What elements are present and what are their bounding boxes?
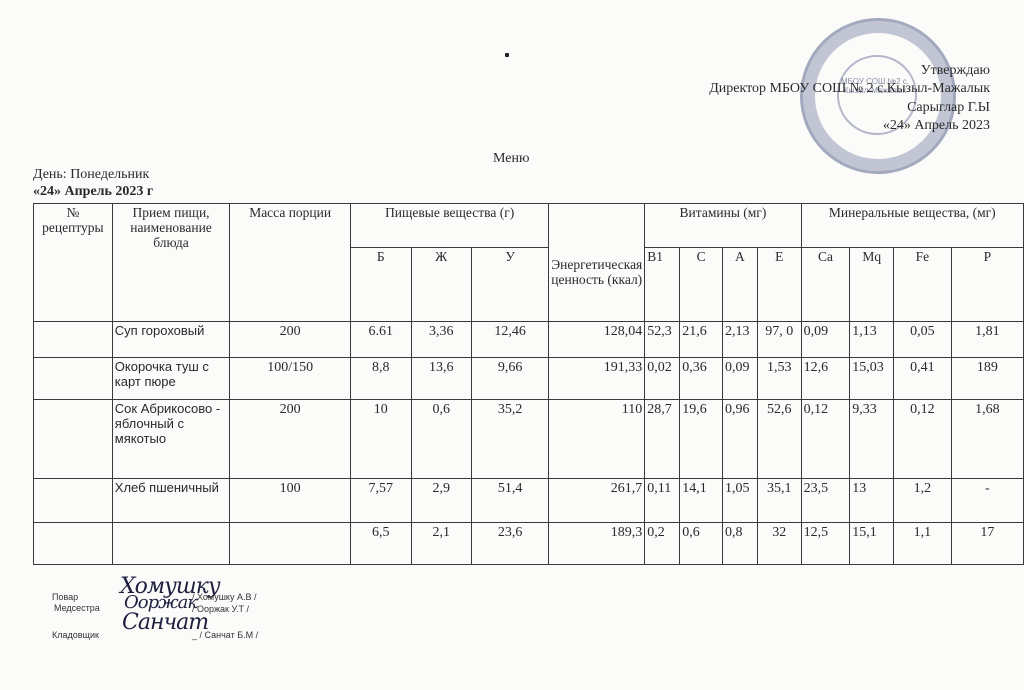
cell-b1: 0,2 bbox=[645, 523, 680, 565]
cell-zh: 13,6 bbox=[411, 358, 471, 400]
cell-e: 1,53 bbox=[757, 358, 801, 400]
menu-table-body: Суп гороховый2006.613,3612,46128,0452,32… bbox=[34, 322, 1024, 565]
cell-portion: 100/150 bbox=[230, 358, 351, 400]
page-title: Меню bbox=[493, 151, 529, 167]
cell-u: 9,66 bbox=[471, 358, 548, 400]
cell-c: 21,6 bbox=[680, 322, 723, 358]
cell-c: 0,6 bbox=[680, 523, 723, 565]
menu-table: № рецептуры Прием пищи, наименование блю… bbox=[33, 203, 1024, 565]
cell-mq: 1,13 bbox=[850, 322, 894, 358]
table-row: Хлеб пшеничный1007,572,951,4261,70,1114,… bbox=[34, 479, 1024, 523]
date-label: «24» Апрель 2023 г bbox=[33, 184, 153, 200]
cell-b: 7,57 bbox=[351, 479, 411, 523]
cell-zh: 2,1 bbox=[411, 523, 471, 565]
cell-u: 51,4 bbox=[471, 479, 548, 523]
cell-p: 1,68 bbox=[951, 400, 1023, 479]
cell-fe: 1,1 bbox=[894, 523, 952, 565]
cell-e: 52,6 bbox=[757, 400, 801, 479]
cell-p: 189 bbox=[951, 358, 1023, 400]
cell-recipe-no bbox=[34, 400, 113, 479]
header-e: E bbox=[757, 248, 801, 322]
header-portion: Масса порции bbox=[230, 204, 351, 322]
cell-recipe-no bbox=[34, 523, 113, 565]
cell-a: 0,09 bbox=[722, 358, 757, 400]
cell-b1: 52,3 bbox=[645, 322, 680, 358]
cell-portion: 100 bbox=[230, 479, 351, 523]
cell-portion: 200 bbox=[230, 322, 351, 358]
signature-role-storekeeper: Кладовщик bbox=[52, 630, 99, 640]
cell-portion bbox=[230, 523, 351, 565]
approval-line-director: Директор МБОУ СОШ № 2 с.Кызыл-Мажалык bbox=[709, 80, 990, 97]
header-mq: Mq bbox=[850, 248, 894, 322]
signatures-block: Повар Хомушку / Хомушку А.В / Медсестра … bbox=[52, 580, 352, 650]
cell-recipe-no bbox=[34, 358, 113, 400]
cell-dish-name bbox=[112, 523, 229, 565]
cell-u: 12,46 bbox=[471, 322, 548, 358]
cell-dish-name: Суп гороховый bbox=[112, 322, 229, 358]
cell-c: 19,6 bbox=[680, 400, 723, 479]
cell-b: 10 bbox=[351, 400, 411, 479]
header-a: A bbox=[722, 248, 757, 322]
cell-e: 32 bbox=[757, 523, 801, 565]
header-recipe-no: № рецептуры bbox=[34, 204, 113, 322]
cell-ca: 0,12 bbox=[801, 400, 850, 479]
cell-c: 14,1 bbox=[680, 479, 723, 523]
cell-portion: 200 bbox=[230, 400, 351, 479]
stray-dot bbox=[505, 53, 509, 57]
approval-block: Утверждаю Директор МБОУ СОШ № 2 с.Кызыл-… bbox=[570, 0, 990, 140]
cell-p: - bbox=[951, 479, 1023, 523]
header-b: Б bbox=[351, 248, 411, 322]
header-dish-name: Прием пищи, наименование блюда bbox=[112, 204, 229, 322]
cell-b: 6.61 bbox=[351, 322, 411, 358]
header-energy: Энергетическая ценность (ккал) bbox=[549, 204, 645, 322]
header-ca: Ca bbox=[801, 248, 850, 322]
cell-b: 6,5 bbox=[351, 523, 411, 565]
header-nutrients-group: Пищевые вещества (г) bbox=[351, 204, 549, 248]
cell-energy: 110 bbox=[549, 400, 645, 479]
cell-zh: 3,36 bbox=[411, 322, 471, 358]
header-vitamins-group: Витамины (мг) bbox=[645, 204, 801, 248]
cell-mq: 15,1 bbox=[850, 523, 894, 565]
cell-mq: 9,33 bbox=[850, 400, 894, 479]
cell-ca: 23,5 bbox=[801, 479, 850, 523]
cell-b1: 0,11 bbox=[645, 479, 680, 523]
cell-a: 1,05 bbox=[722, 479, 757, 523]
cell-fe: 1,2 bbox=[894, 479, 952, 523]
cell-ca: 12,6 bbox=[801, 358, 850, 400]
cell-zh: 0,6 bbox=[411, 400, 471, 479]
cell-ca: 12,5 bbox=[801, 523, 850, 565]
cell-p: 1,81 bbox=[951, 322, 1023, 358]
cell-recipe-no bbox=[34, 322, 113, 358]
cell-b1: 28,7 bbox=[645, 400, 680, 479]
header-u: У bbox=[471, 248, 548, 322]
approval-line-date: «24» Апрель 2023 bbox=[883, 117, 990, 134]
cell-recipe-no bbox=[34, 479, 113, 523]
cell-zh: 2,9 bbox=[411, 479, 471, 523]
header-b1: B1 bbox=[645, 248, 680, 322]
signature-name-cook: / Хомушку А.В / bbox=[192, 592, 256, 602]
table-row: Суп гороховый2006.613,3612,46128,0452,32… bbox=[34, 322, 1024, 358]
header-zh: Ж bbox=[411, 248, 471, 322]
table-row: 6,52,123,6189,30,20,60,83212,515,11,117 bbox=[34, 523, 1024, 565]
cell-energy: 128,04 bbox=[549, 322, 645, 358]
approval-line-name: Сарыглар Г.Ы bbox=[907, 99, 990, 116]
cell-ca: 0,09 bbox=[801, 322, 850, 358]
cell-e: 97, 0 bbox=[757, 322, 801, 358]
cell-p: 17 bbox=[951, 523, 1023, 565]
cell-fe: 0,05 bbox=[894, 322, 952, 358]
cell-energy: 189,3 bbox=[549, 523, 645, 565]
cell-dish-name: Сок Абрикосово - яблочный с мякотыо bbox=[112, 400, 229, 479]
cell-b: 8,8 bbox=[351, 358, 411, 400]
cell-energy: 261,7 bbox=[549, 479, 645, 523]
signature-name-storekeeper: _ / Санчат Б.М / bbox=[192, 630, 258, 640]
cell-a: 2,13 bbox=[722, 322, 757, 358]
header-fe: Fe bbox=[894, 248, 952, 322]
cell-a: 0,96 bbox=[722, 400, 757, 479]
cell-mq: 15,03 bbox=[850, 358, 894, 400]
table-row: Окорочка туш с карт пюре100/1508,813,69,… bbox=[34, 358, 1024, 400]
cell-u: 23,6 bbox=[471, 523, 548, 565]
table-row: Сок Абрикосово - яблочный с мякотыо20010… bbox=[34, 400, 1024, 479]
header-minerals-group: Минеральные вещества, (мг) bbox=[801, 204, 1023, 248]
cell-e: 35,1 bbox=[757, 479, 801, 523]
cell-mq: 13 bbox=[850, 479, 894, 523]
day-label: День: Понедельник bbox=[33, 167, 149, 183]
cell-dish-name: Хлеб пшеничный bbox=[112, 479, 229, 523]
cell-fe: 0,12 bbox=[894, 400, 952, 479]
signature-role-nurse: Медсестра bbox=[54, 603, 100, 613]
cell-energy: 191,33 bbox=[549, 358, 645, 400]
header-p: P bbox=[951, 248, 1023, 322]
header-c: C bbox=[680, 248, 723, 322]
cell-dish-name: Окорочка туш с карт пюре bbox=[112, 358, 229, 400]
cell-c: 0,36 bbox=[680, 358, 723, 400]
cell-b1: 0,02 bbox=[645, 358, 680, 400]
signature-role-cook: Повар bbox=[52, 592, 78, 602]
approval-line-approve: Утверждаю bbox=[921, 62, 990, 79]
cell-a: 0,8 bbox=[722, 523, 757, 565]
cell-fe: 0,41 bbox=[894, 358, 952, 400]
cell-u: 35,2 bbox=[471, 400, 548, 479]
